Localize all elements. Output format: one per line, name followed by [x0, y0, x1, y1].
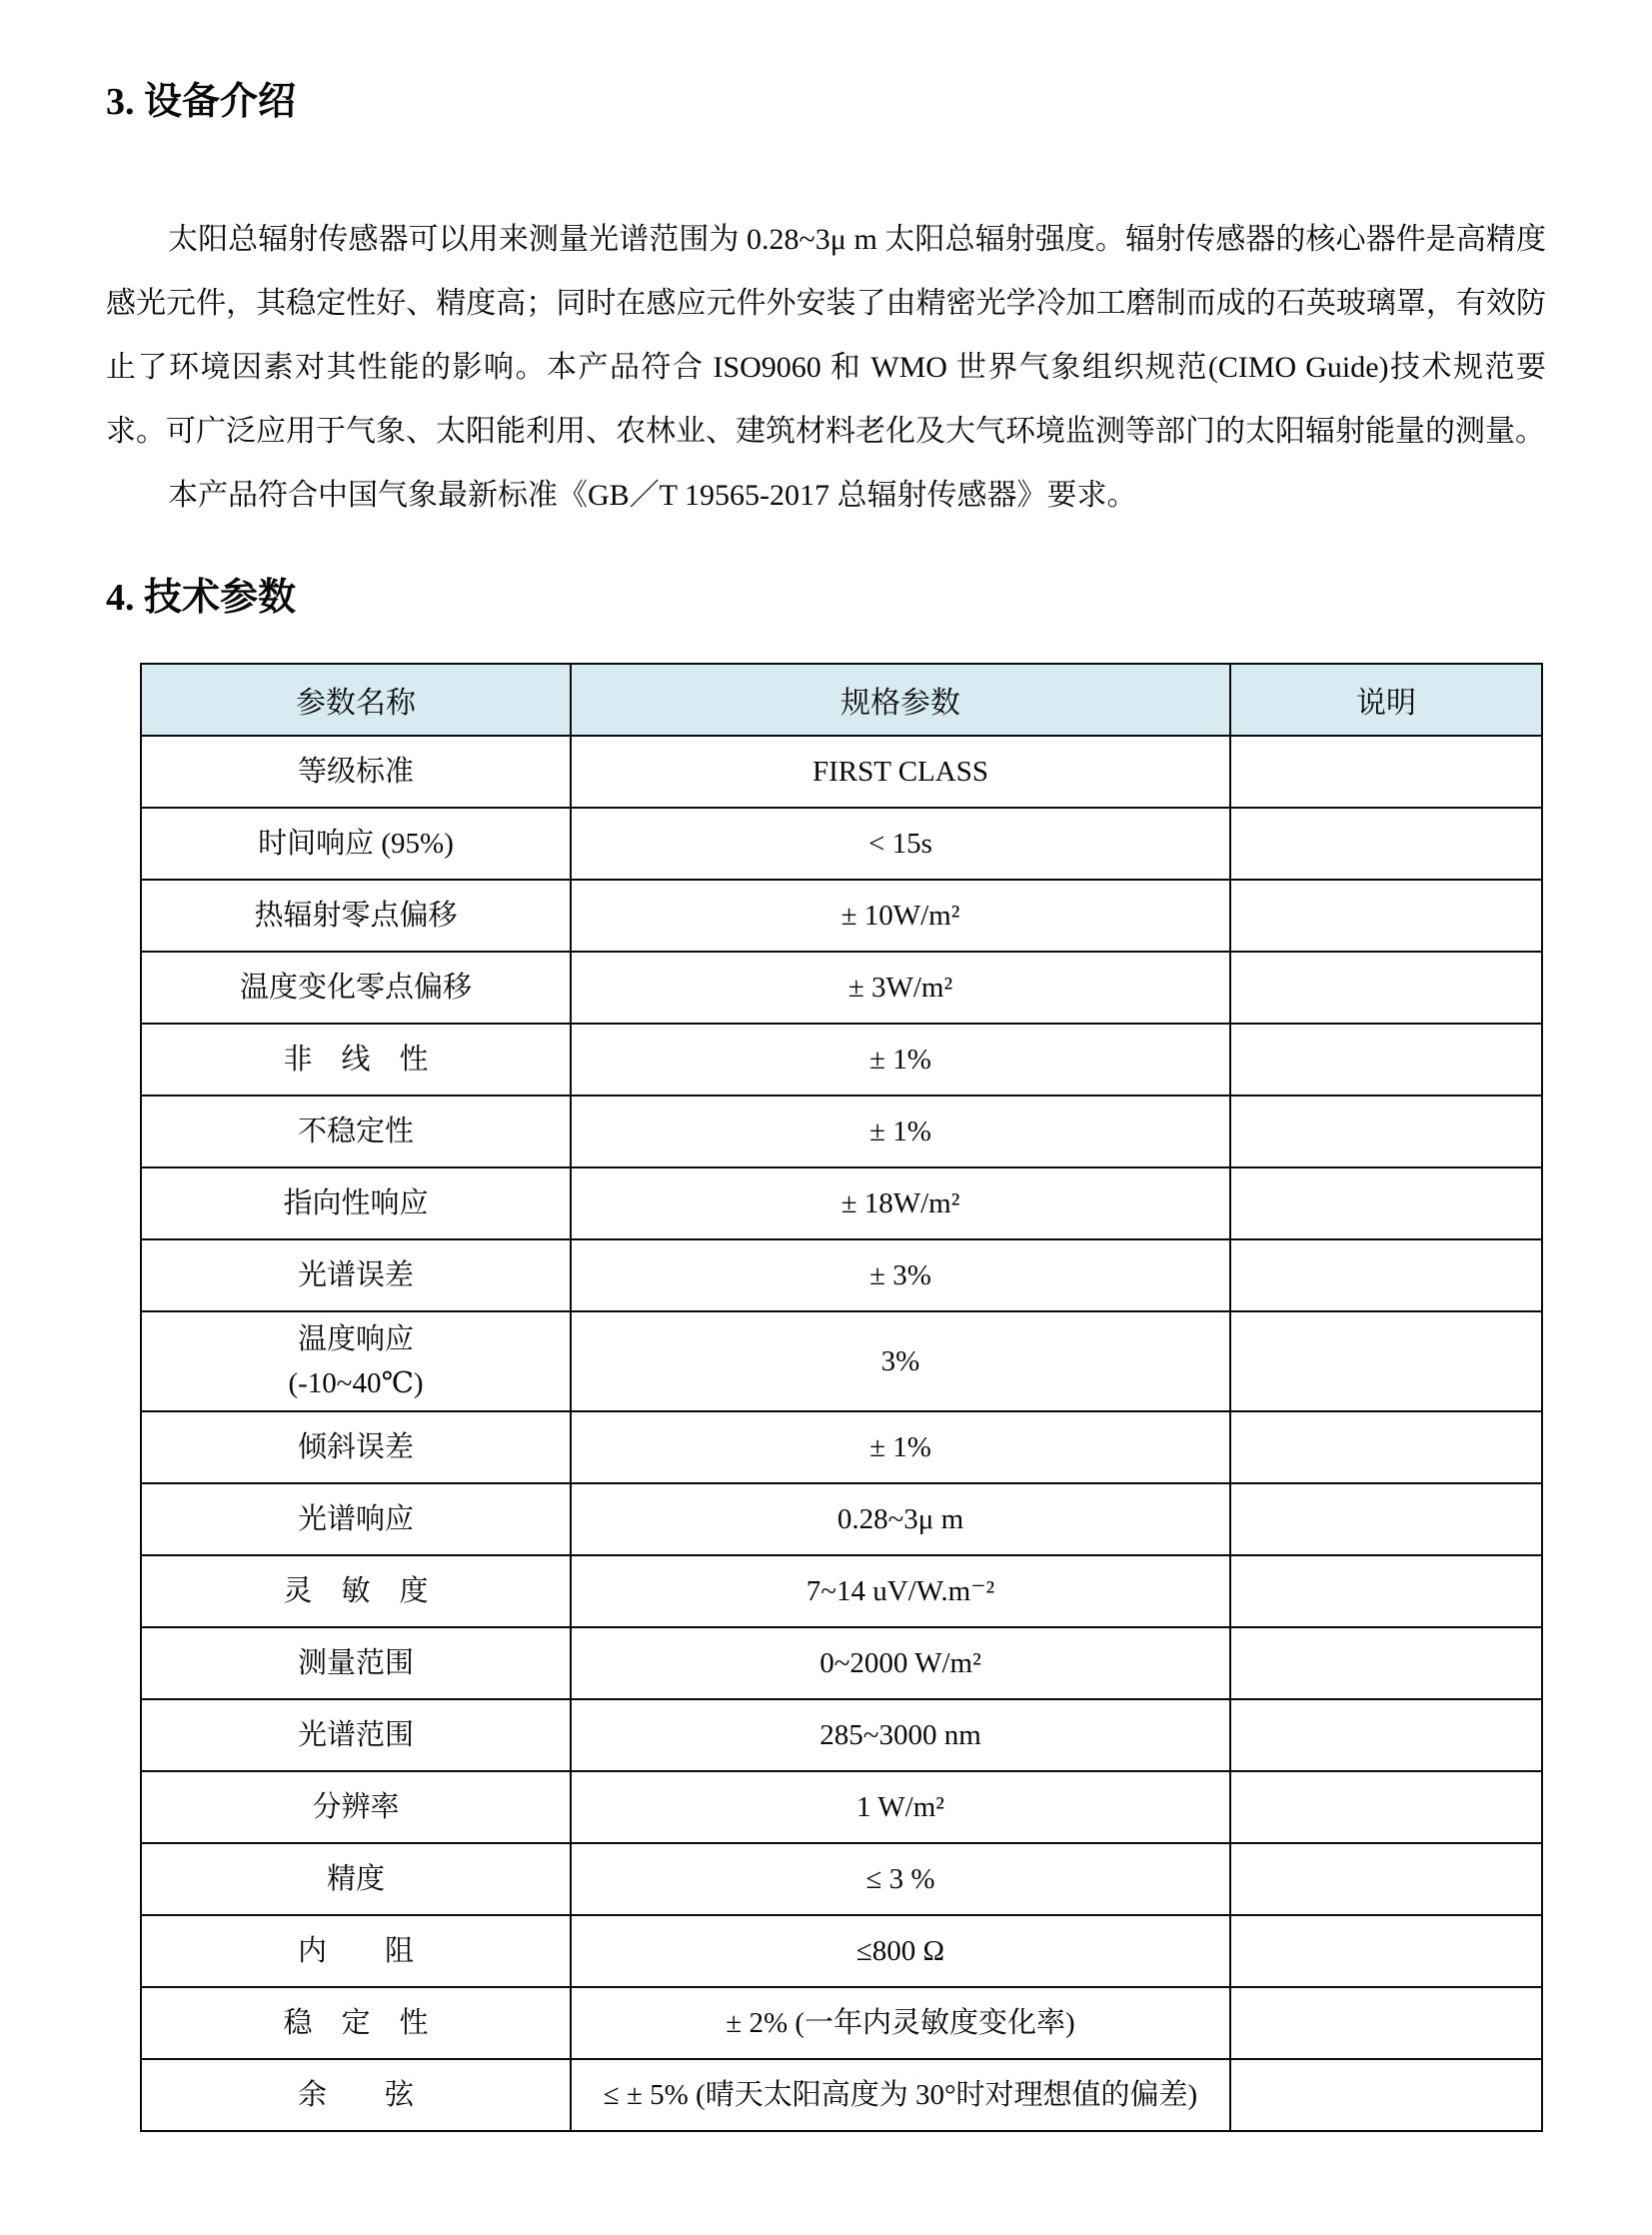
note-cell — [1230, 1915, 1542, 1987]
table-row: 等级标准FIRST CLASS — [141, 736, 1542, 808]
spec-value-cell: ± 3% — [571, 1239, 1230, 1311]
param-name-cell: 温度变化零点偏移 — [141, 952, 571, 1024]
param-name-cell: 不稳定性 — [141, 1096, 571, 1167]
spec-value-cell: ≤ ± 5% (晴天太阳高度为 30°时对理想值的偏差) — [571, 2059, 1230, 2131]
param-name-cell: 光谱范围 — [141, 1699, 571, 1771]
table-row: 灵 敏 度7~14 uV/W.m⁻² — [141, 1555, 1542, 1627]
section-4-heading: 4. 技术参数 — [106, 576, 1546, 620]
table-row: 光谱响应0.28~3μ m — [141, 1483, 1542, 1555]
note-cell — [1230, 2059, 1542, 2131]
note-cell — [1230, 1167, 1542, 1239]
spec-value-cell: 0~2000 W/m² — [571, 1627, 1230, 1699]
note-cell — [1230, 1987, 1542, 2059]
param-name-cell: 内 阻 — [141, 1915, 571, 1987]
column-header-param-name: 参数名称 — [141, 664, 571, 736]
technical-parameters-table: 参数名称 规格参数 说明 等级标准FIRST CLASS时间响应 (95%)< … — [140, 663, 1543, 2132]
note-cell — [1230, 808, 1542, 880]
param-name-cell: 光谱响应 — [141, 1483, 571, 1555]
spec-value-cell: ± 18W/m² — [571, 1167, 1230, 1239]
note-cell — [1230, 1843, 1542, 1915]
note-cell — [1230, 736, 1542, 808]
note-cell — [1230, 1024, 1542, 1096]
section-3-heading: 3. 设备介绍 — [106, 80, 1546, 124]
spec-value-cell: ± 1% — [571, 1411, 1230, 1483]
note-cell — [1230, 1096, 1542, 1167]
spec-value-cell: ± 10W/m² — [571, 880, 1230, 952]
param-name-cell: 分辨率 — [141, 1771, 571, 1843]
note-cell — [1230, 1627, 1542, 1699]
spec-value-cell: 7~14 uV/W.m⁻² — [571, 1555, 1230, 1627]
spec-value-cell: ± 1% — [571, 1096, 1230, 1167]
table-row: 热辐射零点偏移± 10W/m² — [141, 880, 1542, 952]
spec-value-cell: 3% — [571, 1311, 1230, 1411]
note-cell — [1230, 1311, 1542, 1411]
param-name-cell: 非 线 性 — [141, 1024, 571, 1096]
table-row: 光谱误差± 3% — [141, 1239, 1542, 1311]
spec-value-cell: 0.28~3μ m — [571, 1483, 1230, 1555]
spec-value-cell: < 15s — [571, 808, 1230, 880]
param-name-cell: 测量范围 — [141, 1627, 571, 1699]
table-row: 温度响应 (-10~40℃)3% — [141, 1311, 1542, 1411]
param-name-cell: 余 弦 — [141, 2059, 571, 2131]
table-row: 精度≤ 3 % — [141, 1843, 1542, 1915]
table-row: 稳 定 性± 2% (一年内灵敏度变化率) — [141, 1987, 1542, 2059]
column-header-note: 说明 — [1230, 664, 1542, 736]
document-page: 3. 设备介绍 太阳总辐射传感器可以用来测量光谱范围为 0.28~3μ m 太阳… — [0, 0, 1652, 2235]
spec-value-cell: ≤800 Ω — [571, 1915, 1230, 1987]
spec-value-cell: 285~3000 nm — [571, 1699, 1230, 1771]
param-name-cell: 等级标准 — [141, 736, 571, 808]
table-header-row: 参数名称 规格参数 说明 — [141, 664, 1542, 736]
param-name-cell: 温度响应 (-10~40℃) — [141, 1311, 571, 1411]
param-name-cell: 灵 敏 度 — [141, 1555, 571, 1627]
param-name-cell: 精度 — [141, 1843, 571, 1915]
note-cell — [1230, 952, 1542, 1024]
table-row: 内 阻≤800 Ω — [141, 1915, 1542, 1987]
param-name-cell: 时间响应 (95%) — [141, 808, 571, 880]
table-row: 温度变化零点偏移± 3W/m² — [141, 952, 1542, 1024]
table-row: 余 弦≤ ± 5% (晴天太阳高度为 30°时对理想值的偏差) — [141, 2059, 1542, 2131]
table-row: 倾斜误差± 1% — [141, 1411, 1542, 1483]
section-3-paragraph-2: 本产品符合中国气象最新标准《GB／T 19565-2017 总辐射传感器》要求。 — [106, 464, 1546, 528]
table-row: 光谱范围285~3000 nm — [141, 1699, 1542, 1771]
spec-value-cell: 1 W/m² — [571, 1771, 1230, 1843]
note-cell — [1230, 1483, 1542, 1555]
table-row: 不稳定性± 1% — [141, 1096, 1542, 1167]
spec-value-cell: ≤ 3 % — [571, 1843, 1230, 1915]
spec-value-cell: ± 1% — [571, 1024, 1230, 1096]
section-3-paragraph-1: 太阳总辐射传感器可以用来测量光谱范围为 0.28~3μ m 太阳总辐射强度。辐射… — [106, 208, 1546, 464]
column-header-spec: 规格参数 — [571, 664, 1230, 736]
param-name-cell: 稳 定 性 — [141, 1987, 571, 2059]
table-row: 测量范围0~2000 W/m² — [141, 1627, 1542, 1699]
spec-value-cell: FIRST CLASS — [571, 736, 1230, 808]
note-cell — [1230, 1555, 1542, 1627]
note-cell — [1230, 1699, 1542, 1771]
note-cell — [1230, 1771, 1542, 1843]
param-name-cell: 热辐射零点偏移 — [141, 880, 571, 952]
table-row: 时间响应 (95%)< 15s — [141, 808, 1542, 880]
note-cell — [1230, 880, 1542, 952]
table-row: 指向性响应± 18W/m² — [141, 1167, 1542, 1239]
table-row: 非 线 性± 1% — [141, 1024, 1542, 1096]
param-name-cell: 倾斜误差 — [141, 1411, 571, 1483]
param-name-cell: 光谱误差 — [141, 1239, 571, 1311]
note-cell — [1230, 1239, 1542, 1311]
table-row: 分辨率1 W/m² — [141, 1771, 1542, 1843]
spec-value-cell: ± 3W/m² — [571, 952, 1230, 1024]
param-name-cell: 指向性响应 — [141, 1167, 571, 1239]
note-cell — [1230, 1411, 1542, 1483]
spec-value-cell: ± 2% (一年内灵敏度变化率) — [571, 1987, 1230, 2059]
